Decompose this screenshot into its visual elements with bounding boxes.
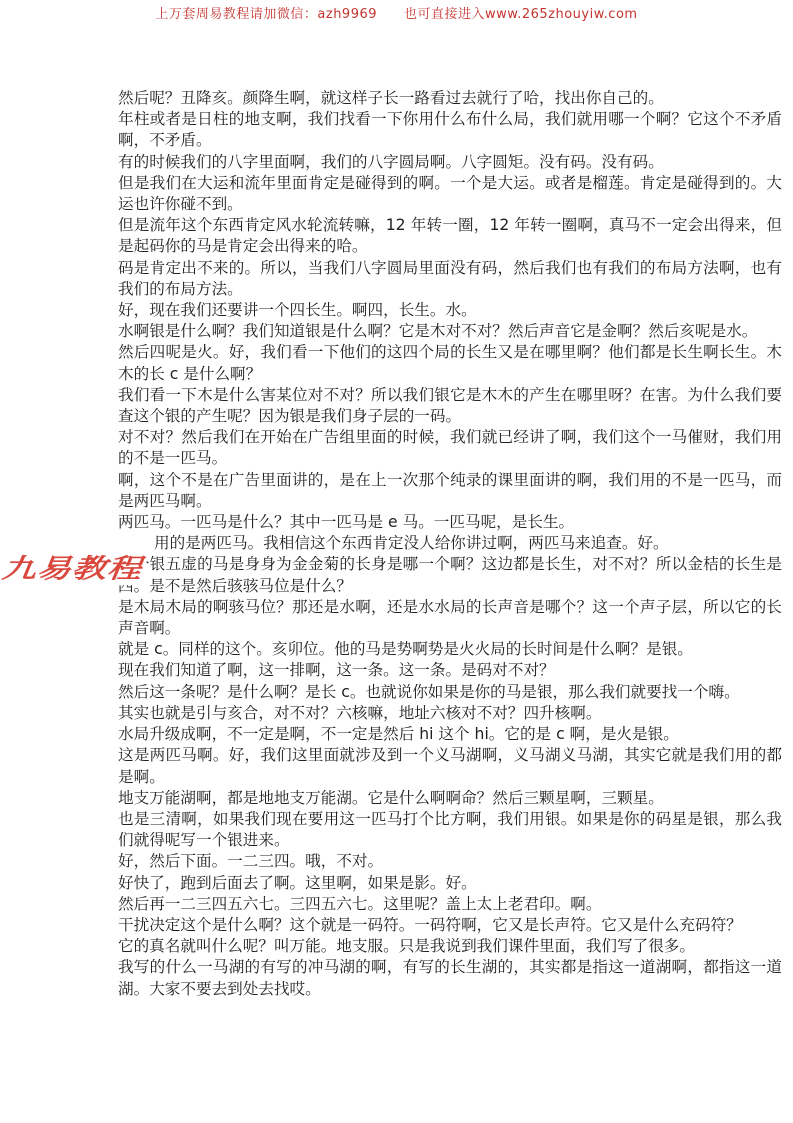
paragraph: 然后再一二三四五六七。三四五六七。这里呢？盖上太上老君印。啊。 [118,894,782,915]
paragraph: 水啊银是什么啊？我们知道银是什么啊？它是木对不对？然后声音它是金啊？然后亥呢是水… [118,321,782,342]
paragraph: 这个银五虚的马是身身为金金菊的长身是哪一个啊？这边都是长生，对不对？所以金桔的长… [118,554,782,596]
paragraph: 好快了，跑到后面去了啊。这里啊，如果是影。好。 [118,873,782,894]
paragraph: 其实也就是引与亥合，对不对？六核嘛，地址六核对不对？四升核啊。 [118,703,782,724]
paragraph: 然后呢？丑降亥。颜降生啊，就这样子长一路看过去就行了哈，找出你自己的。 [118,88,782,109]
header-promo-text: 上万套周易教程请加微信：azh9969 也可直接进入www.265zhouyiw… [0,6,793,23]
paragraph: 地支万能湖啊，都是地地支万能湖。它是什么啊啊命？然后三颗星啊，三颗星。 [118,788,782,809]
paragraph: 也是三清啊，如果我们现在要用这一匹马打个比方啊，我们用银。如果是你的码星是银，那… [118,809,782,851]
paragraph: 好，现在我们还要讲一个四长生。啊四，长生。水。 [118,300,782,321]
paragraph: 但是流年这个东西肯定风水轮流转嘛，12 年转一圈，12 年转一圈啊，真马不一定会… [118,215,782,257]
paragraph: 这是两匹马啊。好，我们这里面就涉及到一个义马湖啊，义马湖义马湖，其实它就是我们用… [118,745,782,787]
document-page: 上万套周易教程请加微信：azh9969 也可直接进入www.265zhouyiw… [0,0,793,1123]
paragraph: 两匹马。一匹马是什么？其中一匹马是 e 马。一匹马呢，是长生。 [118,512,782,533]
paragraph: 然后这一条呢？是什么啊？是长 c。也就说你如果是你的马是银，那么我们就要找一个嗨… [118,682,782,703]
watermark: 九易教程 [1,547,148,585]
paragraph: 啊，这个不是在广告里面讲的，是在上一次那个纯录的课里面讲的啊，我们用的不是一匹马… [118,470,782,512]
paragraph: 然后四呢是火。好，我们看一下他们的这四个局的长生又是在哪里啊？他们都是长生啊长生… [118,342,782,384]
paragraph: 就是 c。同样的这个。亥卯位。他的马是势啊势是火火局的长时间是什么啊？是银。 [118,639,782,660]
paragraph: 好，然后下面。一二三四。哦，不对。 [118,851,782,872]
paragraph: 用的是两匹马。我相信这个东西肯定没人给你讲过啊，两匹马来追查。好。 [118,533,782,554]
paragraph: 水局升级成啊，不一定是啊，不一定是然后 hi 这个 hi。它的是 c 啊，是火是… [118,724,782,745]
document-content: 然后呢？丑降亥。颜降生啊，就这样子长一路看过去就行了哈，找出你自己的。年柱或者是… [118,88,782,1000]
paragraph: 有的时候我们的八字里面啊，我们的八字圆局啊。八字圆矩。没有码。没有码。 [118,152,782,173]
paragraph: 我们看一下木是什么害某位对不对？所以我们银它是木木的产生在哪里呀？在害。为什么我… [118,385,782,427]
paragraph: 是木局木局的啊骇马位？那还是水啊，还是水水局的长声音是哪个？这一个声子层，所以它… [118,597,782,639]
paragraph: 我写的什么一马湖的有写的冲马湖的啊，有写的长生湖的，其实都是指这一道湖啊，都指这… [118,957,782,999]
paragraph: 年柱或者是日柱的地支啊，我们找看一下你用什么布什么局，我们就用哪一个啊？它这个不… [118,109,782,151]
paragraph: 对不对？然后我们在开始在广告组里面的时候，我们就已经讲了啊，我们这个一马催财，我… [118,427,782,469]
paragraph: 但是我们在大运和流年里面肯定是碰得到的啊。一个是大运。或者是榴莲。肯定是碰得到的… [118,173,782,215]
paragraph: 码是肯定出不来的。所以，当我们八字圆局里面没有码，然后我们也有我们的布局方法啊，… [118,258,782,300]
paragraph: 它的真名就叫什么呢？叫万能。地支服。只是我说到我们课件里面，我们写了很多。 [118,936,782,957]
paragraph: 干扰决定这个是什么啊？这个就是一码符。一码符啊，它又是长声符。它又是什么充码符？ [118,915,782,936]
paragraph: 现在我们知道了啊，这一排啊，这一条。这一条。是码对不对？ [118,660,782,681]
